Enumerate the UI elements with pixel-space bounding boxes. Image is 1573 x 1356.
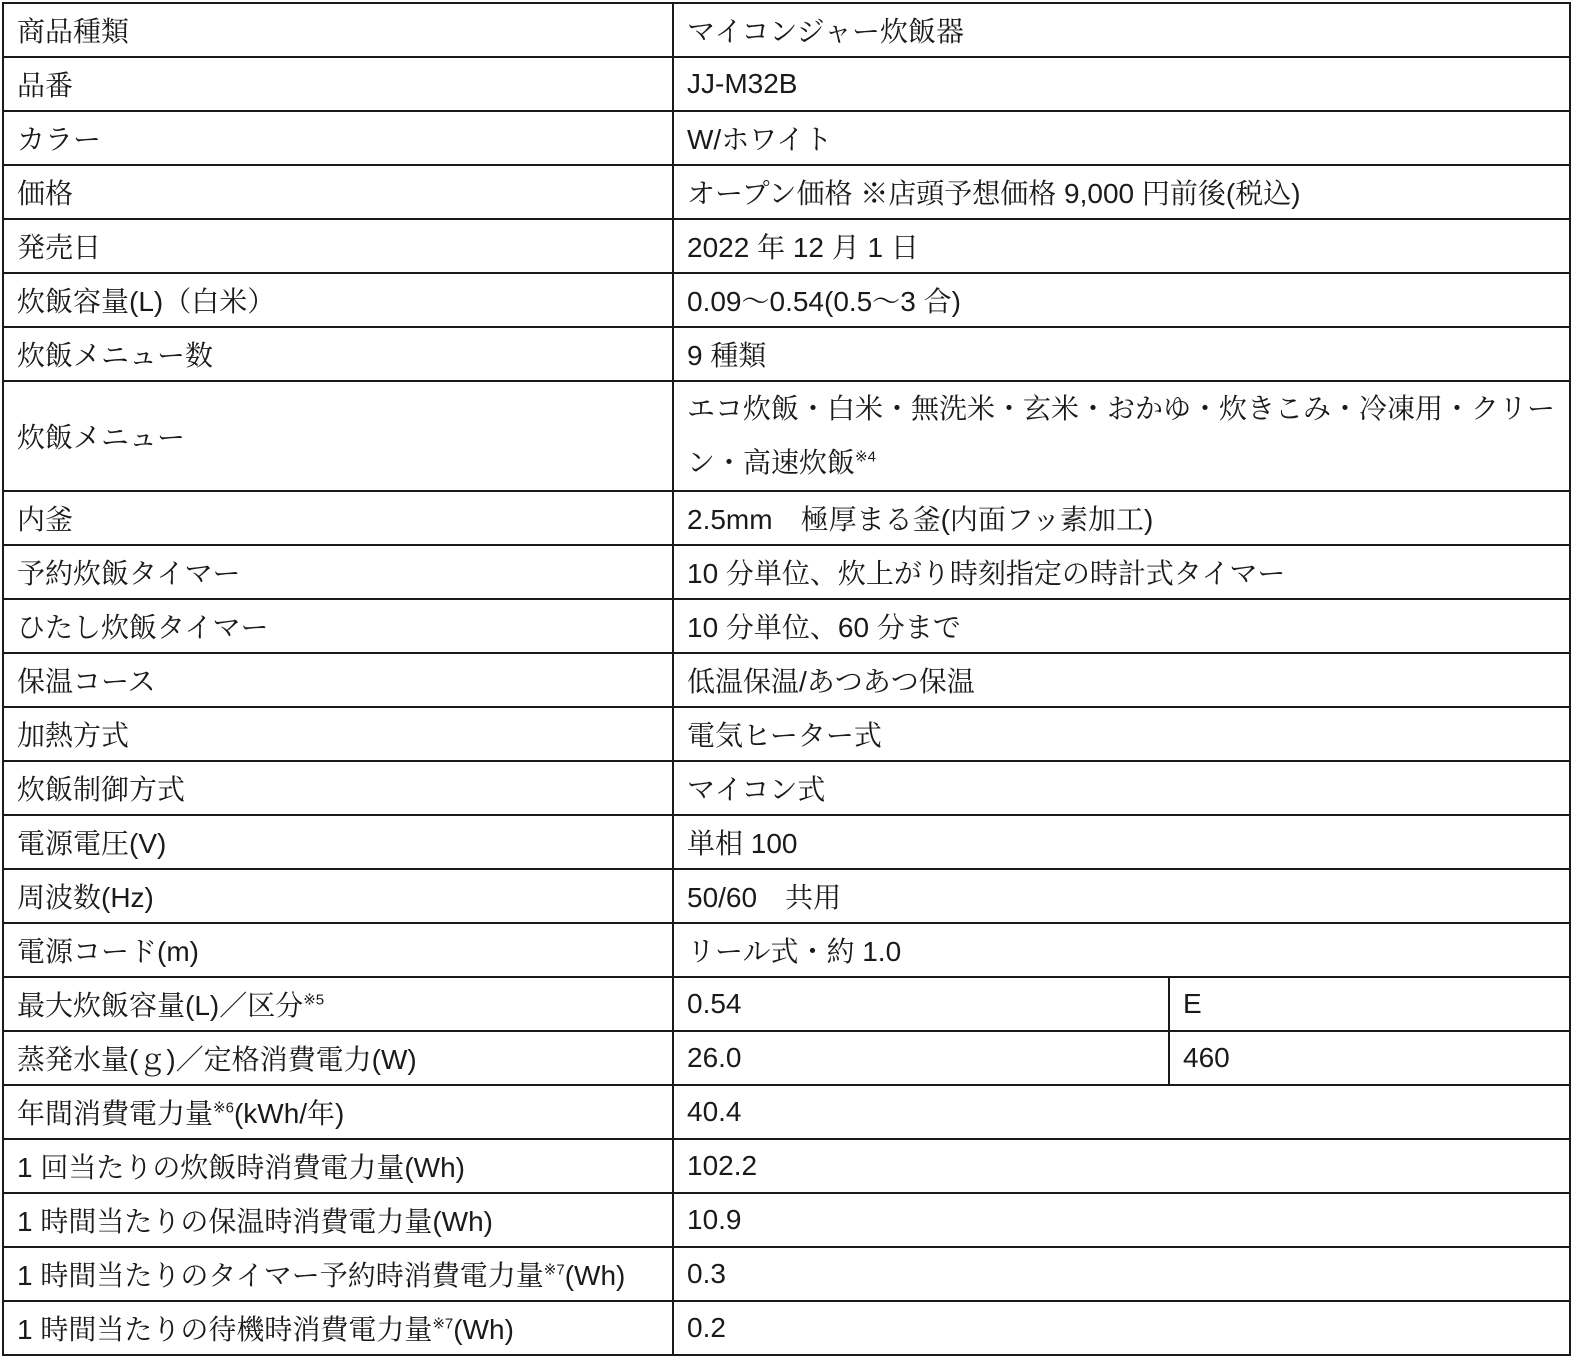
spec-value-cell: 9 種類 <box>673 327 1570 381</box>
spec-value-cell: 10 分単位、炊上がり時刻指定の時計式タイマー <box>673 545 1570 599</box>
spec-label: 1 時間当たりの保温時消費電力量(Wh) <box>17 1206 493 1237</box>
spec-value: 10 分単位、炊上がり時刻指定の時計式タイマー <box>687 558 1285 589</box>
label-footnote-sup: ※6 <box>213 1100 234 1117</box>
label-footnote-sup: ※5 <box>303 992 324 1009</box>
spec-value: 26.0 <box>687 1042 742 1073</box>
table-row: 予約炊飯タイマー10 分単位、炊上がり時刻指定の時計式タイマー <box>3 545 1570 599</box>
spec-label: 1 時間当たりのタイマー予約時消費電力量 <box>17 1260 544 1291</box>
spec-label: 電源コード(m) <box>17 936 199 967</box>
table-row: 品番JJ-M32B <box>3 57 1570 111</box>
spec-label-cell: 年間消費電力量※6(kWh/年) <box>3 1085 673 1139</box>
value-footnote-sup: ※4 <box>855 449 876 466</box>
spec-value: 2.5mm 極厚まる釜(内面フッ素加工) <box>687 504 1153 535</box>
spec-value: W/ホワイト <box>687 124 832 155</box>
spec-value-cell: 50/60 共用 <box>673 869 1570 923</box>
spec-label: 保温コース <box>17 666 156 697</box>
spec-value-cell: 電気ヒーター式 <box>673 707 1570 761</box>
spec-value: 0.54 <box>687 988 742 1019</box>
spec-label-suffix: (Wh) <box>453 1314 514 1345</box>
spec-value-cell: 0.54 <box>673 977 1169 1031</box>
table-row: 商品種類マイコンジャー炊飯器 <box>3 3 1570 57</box>
spec-label: 品番 <box>17 70 73 101</box>
spec-label: 1 回当たりの炊飯時消費電力量(Wh) <box>17 1152 465 1183</box>
spec-value-cell: 10 分単位、60 分まで <box>673 599 1570 653</box>
spec-label: 1 時間当たりの待機時消費電力量 <box>17 1314 432 1345</box>
spec-label: 加熱方式 <box>17 720 129 751</box>
spec-label-cell: 商品種類 <box>3 3 673 57</box>
spec-value-secondary: E <box>1183 988 1202 1019</box>
spec-label-cell: 炊飯メニュー数 <box>3 327 673 381</box>
spec-label-cell: 加熱方式 <box>3 707 673 761</box>
spec-label-cell: 炊飯制御方式 <box>3 761 673 815</box>
spec-label: 炊飯メニュー数 <box>17 340 213 371</box>
spec-label-cell: 炊飯メニュー <box>3 381 673 491</box>
spec-value: 0.09～0.54(0.5～3 合) <box>687 286 961 317</box>
spec-label: 商品種類 <box>17 16 129 47</box>
spec-value-cell: 0.2 <box>673 1301 1570 1355</box>
table-row: 電源コード(m)リール式・約 1.0 <box>3 923 1570 977</box>
table-row: 価格オープン価格 ※店頭予想価格 9,000 円前後(税込) <box>3 165 1570 219</box>
spec-label: ひたし炊飯タイマー <box>17 612 268 643</box>
table-row: 蒸発水量(ｇ)／定格消費電力(W)26.0460 <box>3 1031 1570 1085</box>
spec-label-cell: 品番 <box>3 57 673 111</box>
table-row: ひたし炊飯タイマー10 分単位、60 分まで <box>3 599 1570 653</box>
spec-label-suffix: (Wh) <box>565 1260 626 1291</box>
spec-value-cell: 2022 年 12 月 1 日 <box>673 219 1570 273</box>
label-footnote-sup: ※7 <box>544 1262 565 1279</box>
spec-value-cell: 40.4 <box>673 1085 1570 1139</box>
table-row: 炊飯容量(L)（白米）0.09～0.54(0.5～3 合) <box>3 273 1570 327</box>
spec-table-body: 商品種類マイコンジャー炊飯器品番JJ-M32BカラーW/ホワイト価格オープン価格… <box>3 3 1570 1355</box>
spec-label: 価格 <box>17 178 73 209</box>
spec-label: 予約炊飯タイマー <box>17 558 240 589</box>
spec-value-cell: マイコン式 <box>673 761 1570 815</box>
table-row: 電源電圧(V)単相 100 <box>3 815 1570 869</box>
table-row: 炊飯メニュー数9 種類 <box>3 327 1570 381</box>
spec-value-cell: 26.0 <box>673 1031 1169 1085</box>
spec-label-cell: 予約炊飯タイマー <box>3 545 673 599</box>
spec-value-cell: オープン価格 ※店頭予想価格 9,000 円前後(税込) <box>673 165 1570 219</box>
spec-label: 発売日 <box>17 232 101 263</box>
spec-value-cell: 102.2 <box>673 1139 1570 1193</box>
spec-value-secondary-cell: 460 <box>1169 1031 1570 1085</box>
spec-value-cell: マイコンジャー炊飯器 <box>673 3 1570 57</box>
label-footnote-sup: ※7 <box>432 1316 453 1333</box>
spec-table: 商品種類マイコンジャー炊飯器品番JJ-M32BカラーW/ホワイト価格オープン価格… <box>2 2 1571 1356</box>
spec-label: 周波数(Hz) <box>17 882 154 913</box>
spec-value: 10 分単位、60 分まで <box>687 612 961 643</box>
spec-value: 40.4 <box>687 1096 742 1127</box>
spec-label-cell: 蒸発水量(ｇ)／定格消費電力(W) <box>3 1031 673 1085</box>
spec-label-cell: 発売日 <box>3 219 673 273</box>
table-row: 炊飯制御方式マイコン式 <box>3 761 1570 815</box>
spec-label-cell: 1 時間当たりの待機時消費電力量※7(Wh) <box>3 1301 673 1355</box>
spec-label-cell: カラー <box>3 111 673 165</box>
table-row: 年間消費電力量※6(kWh/年)40.4 <box>3 1085 1570 1139</box>
spec-label: 蒸発水量(ｇ)／定格消費電力(W) <box>17 1044 417 1075</box>
spec-label: 電源電圧(V) <box>17 828 166 859</box>
spec-value: 9 種類 <box>687 340 766 371</box>
spec-label-cell: 内釜 <box>3 491 673 545</box>
spec-value: JJ-M32B <box>687 68 797 99</box>
spec-label-cell: 電源電圧(V) <box>3 815 673 869</box>
spec-value-secondary-cell: E <box>1169 977 1570 1031</box>
spec-value-cell: 2.5mm 極厚まる釜(内面フッ素加工) <box>673 491 1570 545</box>
spec-value-cell: 0.3 <box>673 1247 1570 1301</box>
table-row: 周波数(Hz)50/60 共用 <box>3 869 1570 923</box>
spec-label-cell: ひたし炊飯タイマー <box>3 599 673 653</box>
spec-value: 低温保温/あつあつ保温 <box>687 666 975 697</box>
spec-label: 最大炊飯容量(L)／区分 <box>17 990 303 1021</box>
spec-value: 2022 年 12 月 1 日 <box>687 232 919 263</box>
spec-value: 電気ヒーター式 <box>687 720 882 751</box>
spec-value-secondary: 460 <box>1183 1042 1230 1073</box>
spec-value: 0.2 <box>687 1312 726 1343</box>
table-row: 1 時間当たりの保温時消費電力量(Wh)10.9 <box>3 1193 1570 1247</box>
spec-value: リール式・約 1.0 <box>687 936 901 967</box>
table-row: カラーW/ホワイト <box>3 111 1570 165</box>
spec-value: 0.3 <box>687 1258 726 1289</box>
table-row: 1 回当たりの炊飯時消費電力量(Wh)102.2 <box>3 1139 1570 1193</box>
spec-label: 年間消費電力量 <box>17 1098 213 1129</box>
spec-value: マイコン式 <box>687 774 825 805</box>
spec-value: 50/60 共用 <box>687 882 841 913</box>
table-row: 最大炊飯容量(L)／区分※50.54E <box>3 977 1570 1031</box>
spec-value-cell: 低温保温/あつあつ保温 <box>673 653 1570 707</box>
spec-label-cell: 電源コード(m) <box>3 923 673 977</box>
spec-label-cell: 1 時間当たりのタイマー予約時消費電力量※7(Wh) <box>3 1247 673 1301</box>
table-row: 1 時間当たりの待機時消費電力量※7(Wh)0.2 <box>3 1301 1570 1355</box>
spec-value: マイコンジャー炊飯器 <box>687 16 964 47</box>
spec-value-cell: 10.9 <box>673 1193 1570 1247</box>
spec-label-cell: 周波数(Hz) <box>3 869 673 923</box>
table-row: 保温コース低温保温/あつあつ保温 <box>3 653 1570 707</box>
table-row: 1 時間当たりのタイマー予約時消費電力量※7(Wh)0.3 <box>3 1247 1570 1301</box>
spec-label: 炊飯制御方式 <box>17 774 185 805</box>
spec-value-cell: JJ-M32B <box>673 57 1570 111</box>
spec-value: エコ炊飯・白米・無洗米・玄米・おかゆ・炊きこみ・冷凍用・クリーン・高速炊飯 <box>687 393 1555 478</box>
spec-label-suffix: (kWh/年) <box>234 1098 344 1129</box>
spec-value: 102.2 <box>687 1150 757 1181</box>
spec-value: 10.9 <box>687 1204 742 1235</box>
spec-value-cell: エコ炊飯・白米・無洗米・玄米・おかゆ・炊きこみ・冷凍用・クリーン・高速炊飯※4 <box>673 381 1570 491</box>
table-row: 発売日2022 年 12 月 1 日 <box>3 219 1570 273</box>
spec-label-cell: 最大炊飯容量(L)／区分※5 <box>3 977 673 1031</box>
spec-label: 内釜 <box>17 504 73 535</box>
spec-label: 炊飯メニュー <box>17 422 185 453</box>
spec-value-cell: 単相 100 <box>673 815 1570 869</box>
spec-label-cell: 保温コース <box>3 653 673 707</box>
spec-value: オープン価格 ※店頭予想価格 9,000 円前後(税込) <box>687 178 1301 209</box>
spec-label: 炊飯容量(L)（白米） <box>17 286 275 317</box>
spec-label: カラー <box>17 124 101 155</box>
spec-value: 単相 100 <box>687 828 798 859</box>
spec-label-cell: 炊飯容量(L)（白米） <box>3 273 673 327</box>
spec-label-cell: 価格 <box>3 165 673 219</box>
spec-label-cell: 1 時間当たりの保温時消費電力量(Wh) <box>3 1193 673 1247</box>
spec-value-cell: W/ホワイト <box>673 111 1570 165</box>
table-row: 加熱方式電気ヒーター式 <box>3 707 1570 761</box>
table-row: 炊飯メニューエコ炊飯・白米・無洗米・玄米・おかゆ・炊きこみ・冷凍用・クリーン・高… <box>3 381 1570 491</box>
table-row: 内釜2.5mm 極厚まる釜(内面フッ素加工) <box>3 491 1570 545</box>
spec-value-cell: リール式・約 1.0 <box>673 923 1570 977</box>
spec-value-cell: 0.09～0.54(0.5～3 合) <box>673 273 1570 327</box>
spec-label-cell: 1 回当たりの炊飯時消費電力量(Wh) <box>3 1139 673 1193</box>
